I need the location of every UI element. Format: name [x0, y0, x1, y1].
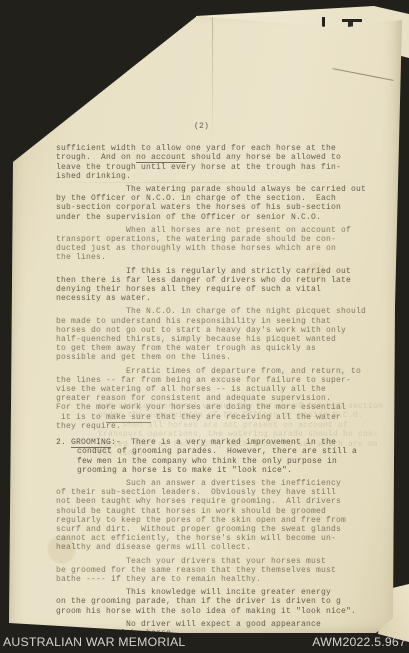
- document-page: sub-section corporal waters the horses o…: [6, 6, 403, 638]
- body-paragraph: sufficient width to allow one yard for e…: [56, 144, 396, 181]
- body-paragraph: Teach your drivers that your horses must…: [56, 557, 396, 585]
- body-paragraph: The watering parade should always be car…: [56, 185, 396, 222]
- body-paragraph: Erratic times of departure from, and ret…: [56, 367, 396, 431]
- body-paragraph: Such an answer a dvertises the inefficie…: [56, 479, 396, 553]
- typewritten-text-block: (2) sufficient width to allow one yard f…: [56, 122, 396, 642]
- body-paragraph: The N.C.O. in charge of the night picque…: [56, 307, 396, 362]
- section-grooming-heading: 2. GROOMING:- There is a very marked imp…: [77, 438, 396, 475]
- institution-label: AUSTRALIAN WAR MEMORIAL: [3, 635, 185, 649]
- body-paragraph: This knowledge will incite greater energ…: [56, 588, 396, 616]
- cropped-print-mark-icon: [322, 17, 325, 27]
- body-paragraph: When all horses are not present on accou…: [56, 226, 396, 263]
- body-paragraph: If this is regularly and strictly carrie…: [56, 267, 396, 304]
- accession-number: AWM2022.5.967: [312, 635, 406, 649]
- pencil-scratch: [332, 68, 393, 81]
- page-number: (2): [56, 122, 396, 131]
- archive-caption-bar: AUSTRALIAN WAR MEMORIAL AWM2022.5.967: [0, 631, 409, 653]
